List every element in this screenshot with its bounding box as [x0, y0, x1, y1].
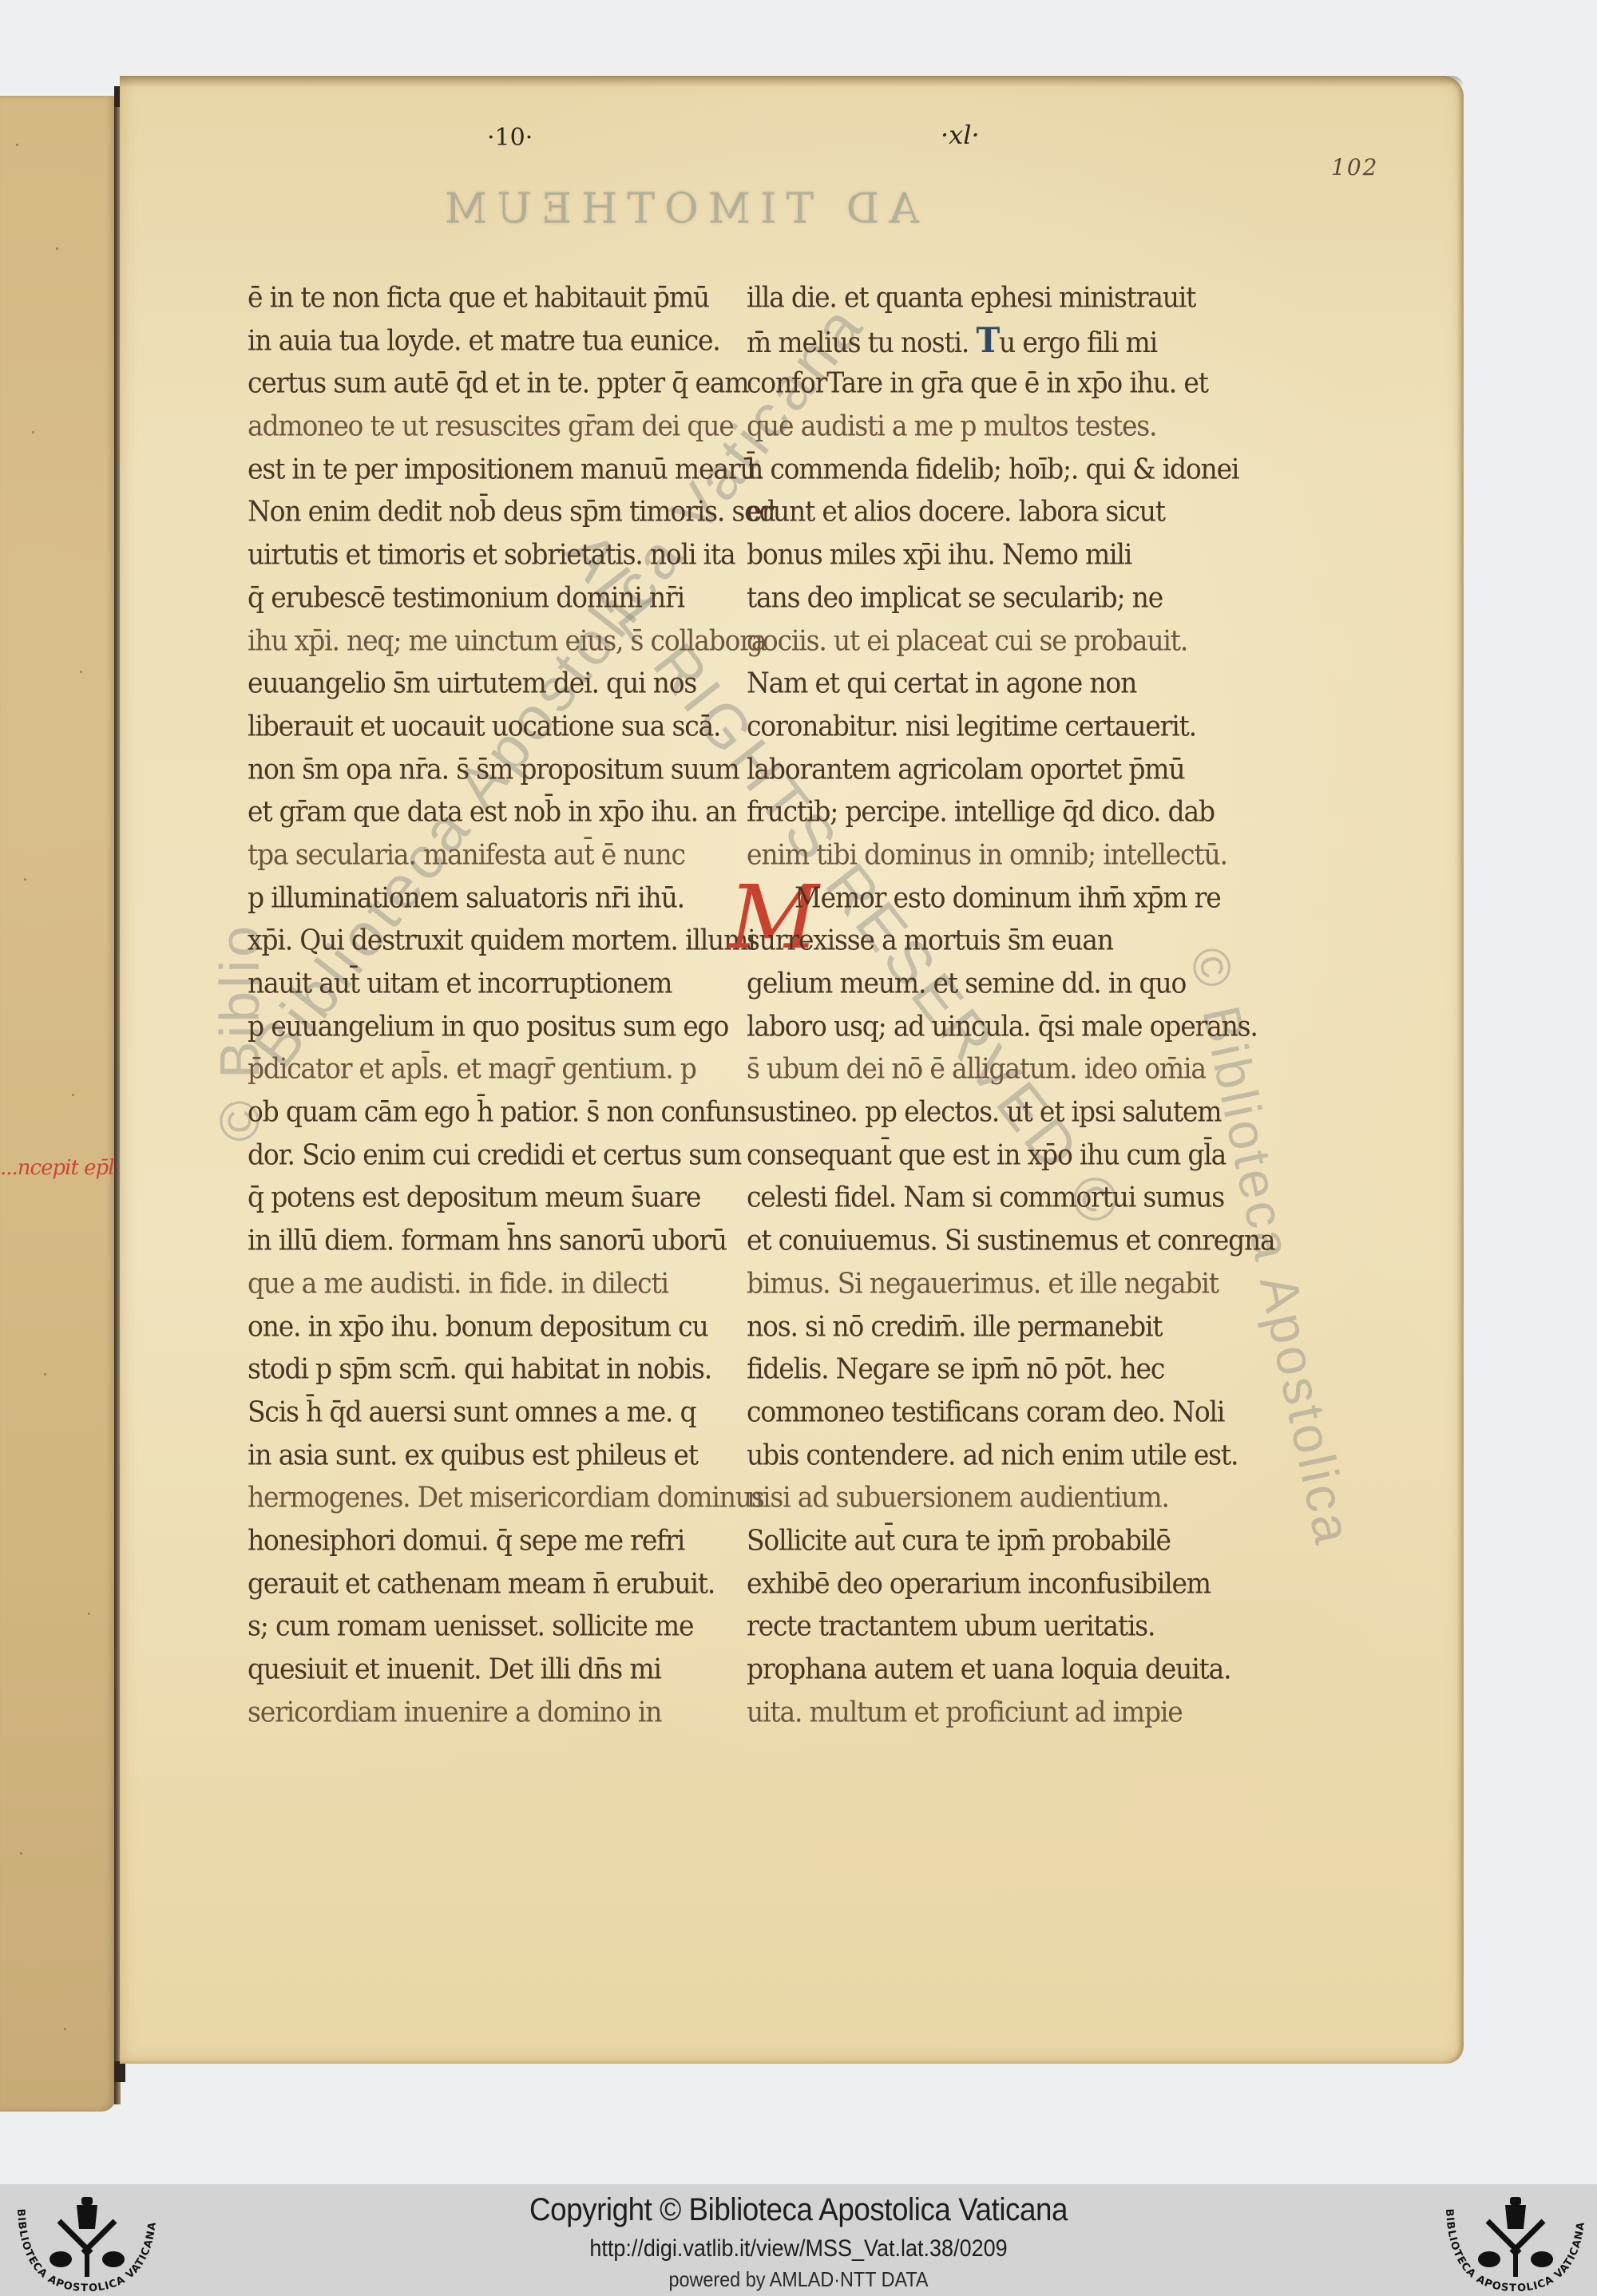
verso-margin-rubric: ...ncepit ep̄la. [0, 1156, 131, 1180]
manuscript-line: h̄ commenda fidelib; hoīb;. qui & idonei [747, 445, 1210, 492]
manuscript-line: uita. multum et proficiunt ad impie [747, 1688, 1210, 1735]
manuscript-line: liberauit et uocauit uocatione sua scā. [248, 703, 711, 750]
manuscript-line: ubis contendere. ad nich enim utile est. [747, 1431, 1210, 1478]
manuscript-line: nos. si nō credim̄. ille permanebit [747, 1303, 1210, 1349]
manuscript-line: nisi ad subuersionem audientium. [747, 1475, 1210, 1521]
folio-number: 102 [1331, 154, 1378, 180]
manuscript-line: Sollicite aut̄ cura te ipm̄ probabilē [747, 1518, 1210, 1564]
manuscript-line: celesti fidel. Nam si commortui sumus [747, 1174, 1210, 1221]
manuscript-line: p̄dicator et apl̄s. et magr̄ gentium. p [248, 1046, 711, 1092]
manuscript-line: et conuiuemus. Si sustinemus et conregna [747, 1217, 1210, 1264]
manuscript-line: fidelis. Negare se ipm̄ nō pōt. hec [747, 1346, 1210, 1392]
vatican-library-logo-icon: BIBLIOTECA APOSTOLICA VATICANA [1432, 2189, 1597, 2296]
manuscript-line: m̄ melius tu nosti. Tu ergo fili mi [747, 317, 1210, 363]
quire-mark-roman: ·xl· [941, 120, 980, 150]
manuscript-line: certus sum autē q̄d et in te. ppter q̄ e… [248, 360, 711, 406]
manuscript-line: recte tractantem ubum ueritatis. [747, 1603, 1210, 1649]
manuscript-line: gelium meum. et semine dd. in quo [747, 960, 1210, 1007]
manuscript-line: ihu xp̄i. neq; me uinctum eius, s̄ colla… [248, 617, 711, 663]
manuscript-line: in auia tua loyde. et matre tua eunice. [248, 317, 711, 363]
manuscript-line: gerauit et cathenam meam n̄ erubuit. [248, 1560, 711, 1606]
manuscript-line: admoneo te ut resuscites gr̄am dei que [248, 403, 711, 449]
manuscript-line: tpa secularia. manifesta aut̄ ē nunc [248, 832, 711, 878]
manuscript-line: erunt et alios docere. labora sicut [747, 489, 1210, 535]
manuscript-line: in asia sunt. ex quibus est phileus et [248, 1431, 711, 1478]
text-column-right: illa die. et quanta ephesi ministrauitm̄… [747, 278, 1210, 1735]
manuscript-line: Non enim dedit nob̄ deus sp̄m timoris. s… [248, 489, 711, 535]
offset-running-heading: AD TIMOTHEUM [435, 185, 919, 233]
manuscript-line: conforTare in gr̄a que ē in xp̄o ihu. et [747, 360, 1210, 406]
manuscript-line: sustineo. pp electos. ut et ipsi salutem [747, 1089, 1210, 1135]
manuscript-line: bonus miles xp̄i ihu. Nemo mili [747, 532, 1210, 578]
manuscript-line: q̄ erubescē testimonium domini nr̄i [248, 575, 711, 621]
manuscript-line: Nam et qui certat in agone non [747, 660, 1210, 707]
manuscript-line: fructib; percipe. intellige q̄d dico. da… [747, 789, 1210, 835]
manuscript-line: s̄ ubum dei nō ē alligatum. ideo om̄ia [747, 1046, 1210, 1092]
manuscript-line: dor. Scio enim cui credidi et certus sum [248, 1131, 711, 1178]
copyright-footer: Copyright © Biblioteca Apostolica Vatica… [0, 2184, 1597, 2296]
manuscript-line: commoneo testificans coram deo. Noli [747, 1389, 1210, 1435]
manuscript-line: euuangelio s̄m uirtutem dei. qui nos [248, 660, 711, 707]
vatican-library-logo-icon: BIBLIOTECA APOSTOLICA VATICANA [3, 2189, 171, 2296]
manuscript-line: prophana autem et uana loquia deuita. [747, 1646, 1210, 1692]
manuscript-line: uirtutis et timoris et sobrietatis. noli… [248, 532, 711, 578]
manuscript-line: laboro usq; ad uincula. q̄si male operan… [747, 1003, 1210, 1049]
manuscript-line: p illuminationem saluatoris nr̄i ihū. [248, 874, 711, 920]
manuscript-line: nauit aut̄ uitam et incorruptionem [248, 960, 711, 1007]
manuscript-line: ē in te non ficta que et habitauit p̄mū [248, 275, 711, 321]
manuscript-line: bimus. Si negauerimus. et ille negabit [747, 1261, 1210, 1307]
manuscript-line: est in te per impositionem manuū mearū. [248, 445, 711, 492]
manuscript-line: Memor esto dominum ihm̄ xp̄m re [747, 874, 1210, 920]
manuscript-line: illa die. et quanta ephesi ministrauit [747, 275, 1210, 321]
manuscript-line: laborantem agricolam oportet p̄mū [747, 746, 1210, 792]
verso-page-edge [0, 96, 116, 2112]
manuscript-line: hermogenes. Det misericordiam dominus [248, 1475, 711, 1521]
manuscript-line: p euuangelium in quo positus sum ego [248, 1003, 711, 1049]
manuscript-line: coronabitur. nisi legitime certauerit. [747, 703, 1210, 750]
gutter-binding-bottom [114, 2061, 125, 2082]
manuscript-line: s; cum romam uenisset. sollicite me [248, 1603, 711, 1649]
manuscript-line: one. in xp̄o ihu. bonum depositum cu [248, 1303, 711, 1349]
manuscript-line: exhibē deo operarium inconfusibilem [747, 1560, 1210, 1606]
manuscript-line: quesiuit et inuenit. Det illi dn̄s mi [248, 1646, 711, 1692]
manuscript-line: tans deo implicat se secularib; ne [747, 575, 1210, 621]
manuscript-line: et gr̄am que data est nob̄ in xp̄o ihu. … [248, 789, 711, 835]
manuscript-line: consequant̄ que est in xp̄o ihu cum gl̄a [747, 1131, 1210, 1178]
manuscript-line: sericordiam inuenire a domino in [248, 1688, 711, 1735]
manuscript-line: surrexisse a mortuis s̄m euan [747, 917, 1210, 964]
blue-initial-t: T [976, 320, 999, 361]
manuscript-line: in illū diem. formam h̄ns sanorū uborū [248, 1217, 711, 1264]
manuscript-line: honesiphori domui. q̄ sepe me refri [248, 1518, 711, 1564]
manuscript-scan: ...ncepit ep̄la. ·10· ·xl· 102 AD TIMOTH… [0, 0, 1597, 2184]
manuscript-line: que audisti a me p multos testes. [747, 403, 1210, 449]
manuscript-line: Scis h̄ q̄d auersi sunt omnes a me. q [248, 1389, 711, 1435]
quire-mark-number: ·10· [487, 124, 533, 152]
manuscript-line: que a me audisti. in fide. in dilecti [248, 1261, 711, 1307]
manuscript-line: gociis. ut ei placeat cui se probauit. [747, 617, 1210, 663]
manuscript-url[interactable]: http://digi.vatlib.it/view/MSS_Vat.lat.3… [80, 2235, 1517, 2262]
copyright-notice: Copyright © Biblioteca Apostolica Vatica… [64, 2192, 1533, 2228]
manuscript-line: q̄ potens est depositum meum s̄uare [248, 1174, 711, 1221]
manuscript-line: xp̄i. Qui destruxit quidem mortem. illum… [248, 917, 711, 964]
manuscript-line: non s̄m opa nr̄a. s̄ s̄m propositum suum [248, 746, 711, 792]
manuscript-line: ob quam cām ego h̄ patior. s̄ non confun [248, 1089, 711, 1135]
text-column-left: ē in te non ficta que et habitauit p̄mūi… [248, 278, 711, 1735]
powered-by-credit: powered by AMLAD·NTT DATA [80, 2267, 1517, 2292]
manuscript-line: stodi p sp̄m scm̄. qui habitat in nobis. [248, 1346, 711, 1392]
